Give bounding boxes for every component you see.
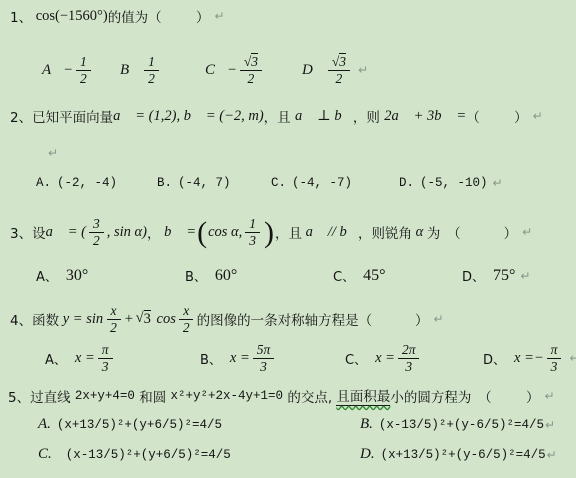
q2-option-c-label: C.	[271, 176, 286, 190]
q4-option-a: A、x =π3	[45, 336, 116, 380]
numerator: 1	[245, 216, 260, 233]
q4-option-c-fraction: 2π3	[398, 342, 420, 374]
denominator: 2	[179, 320, 194, 336]
q1-option-d-label: D	[302, 62, 313, 79]
underlined-text: 且面积最	[336, 385, 390, 406]
parallel-condition: a⃗ // b⃗	[302, 224, 358, 241]
numerator: π	[547, 342, 562, 359]
q3-option-c-label: C、	[333, 266, 355, 285]
question-1-stem: 1、 cos(−1560°)的值为（ ）↵	[10, 6, 225, 26]
question-1-formula: cos(−1560°)	[32, 8, 108, 25]
question-2-number: 2、	[10, 106, 32, 126]
q1-option-d-fraction: √3 2	[328, 53, 350, 86]
q4-option-d: D、x =−π3 ↵	[483, 336, 576, 380]
answer-blank: （ ）	[466, 106, 527, 126]
numerator: π	[98, 342, 113, 359]
q3-option-b-label: B、	[185, 266, 207, 285]
q2-option-b-value: (-4, 7)	[178, 176, 231, 190]
fraction-1-3: 13	[245, 216, 260, 248]
question-5-text: 的交点,	[283, 386, 336, 406]
question-5-text: 小的圆方程为	[390, 386, 471, 406]
numerator: x	[107, 303, 121, 320]
q1-option-b-fraction: 1 2	[144, 54, 159, 86]
plus-sign: +	[124, 311, 134, 328]
question-3-stem: 3、设a⃗ = (32, sin α)， b⃗ =(cos α,13)，且 a⃗…	[10, 208, 532, 256]
fraction-x-2: x2	[179, 303, 194, 335]
radical-sign: √	[136, 310, 144, 327]
numerator: 3	[89, 216, 104, 233]
q4-option-c: C、x =2π3	[345, 336, 422, 380]
q1-option-c-label: C	[205, 62, 215, 79]
q3-option-d-label: D、	[462, 266, 485, 285]
denominator: 3	[401, 359, 416, 375]
vector-a-open: a⃗ = (	[46, 224, 86, 241]
q5-option-b: B.(x-13/5)²+(y-6/5)²=4/5 ↵	[360, 416, 555, 433]
radicand: 3	[339, 53, 346, 70]
question-5-text: 过直线	[30, 386, 75, 406]
denominator: 3	[245, 233, 260, 249]
q4-option-d-label: D、	[483, 349, 506, 368]
denominator: 3	[256, 359, 271, 375]
paragraph-mark-icon: ↵	[520, 269, 530, 283]
cos-alpha: cos α,	[208, 224, 242, 241]
q5-option-b-label: B.	[360, 416, 373, 433]
numerator: 1	[144, 54, 159, 71]
q5-option-d: D.(x+13/5)²+(y-6/5)²=4/5 ↵	[360, 446, 557, 463]
line-equation: 2x+y+4=0	[75, 389, 135, 403]
question-2-stem: 2、已知平面向量a⃗ = (1,2), b⃗ = (−2, m)，且 a⃗ ⊥ …	[10, 106, 543, 126]
q3-option-a-value: 30°	[66, 267, 88, 285]
q1-option-b: B 1 2	[120, 48, 162, 92]
q5-option-d-label: D.	[360, 446, 375, 463]
fraction-3-2: 32	[89, 216, 104, 248]
denominator: 2	[89, 233, 104, 249]
numerator: 1	[76, 54, 91, 71]
q4-option-d-fraction: π3	[547, 342, 562, 374]
denominator: 2	[144, 71, 159, 87]
answer-blank: 为 （ ）	[427, 222, 517, 242]
paragraph-mark-icon: ↵	[545, 389, 555, 403]
q3-option-d-value: 75°	[493, 267, 515, 285]
q1-option-a-label: A	[42, 62, 51, 79]
left-parenthesis: (	[197, 219, 207, 246]
perpendicular-condition: a⃗ ⊥ b⃗	[295, 108, 353, 125]
paragraph-mark-icon: ↵	[533, 109, 543, 123]
numerator: 2π	[398, 342, 420, 359]
q1-option-a-fraction: 1 2	[76, 54, 91, 86]
vector-expression: 2a⃗ + 3b⃗ =	[384, 108, 466, 125]
q5-option-c: C.(x-13/5)²+(y+6/5)²=4/5	[38, 446, 231, 463]
denominator: 2	[332, 71, 347, 87]
paragraph-mark-icon: ↵	[48, 146, 58, 160]
cos-label: cos	[153, 311, 176, 328]
q3-option-d: D、75° ↵	[462, 266, 530, 285]
paragraph-mark-icon: ↵	[545, 418, 555, 432]
q5-option-b-value: (x-13/5)²+(y-6/5)²=4/5	[379, 418, 544, 432]
q3-option-c-value: 45°	[363, 267, 385, 285]
question-5-stem: 5、过直线 2x+y+4=0 和圆 x²+y²+2x-4y+1=0 的交点, 且…	[8, 385, 555, 406]
q1-option-c-fraction: √3 2	[240, 53, 262, 86]
denominator: 2	[76, 71, 91, 87]
q3-option-b: B、60°	[185, 266, 237, 285]
question-3-number: 3、	[10, 222, 32, 242]
answer-blank: （ ）	[471, 386, 539, 406]
q3-option-a-label: A、	[36, 266, 58, 285]
question-5-text: 和圆	[135, 386, 171, 406]
question-2-text: ，且	[264, 106, 295, 126]
q2-option-a-value: (-2, -4)	[57, 176, 117, 190]
q1-option-c: C − √3 2	[205, 48, 265, 92]
q2-option-c: C.(-4, -7)	[271, 176, 352, 190]
q2-option-d: D.(-5, -10) ↵	[399, 176, 503, 190]
x-equals: x =	[375, 350, 395, 367]
paragraph-mark-icon: ↵	[522, 225, 532, 239]
question-1-number: 1、	[10, 6, 32, 26]
denominator: 2	[244, 71, 259, 87]
paragraph-mark-icon: ↵	[493, 176, 503, 190]
question-5-number: 5、	[8, 386, 30, 406]
q2-option-d-value: (-5, -10)	[420, 176, 488, 190]
x-equals: x =	[514, 350, 534, 367]
q5-option-c-value: (x-13/5)²+(y+6/5)²=4/5	[66, 448, 231, 462]
denominator: 3	[98, 359, 113, 375]
circle-equation: x²+y²+2x-4y+1=0	[171, 389, 284, 403]
q5-option-a-label: A.	[38, 416, 51, 433]
q4-option-b: B、x =5π3	[200, 336, 277, 380]
numerator: 5π	[253, 342, 275, 359]
q1-option-a-sign: −	[63, 62, 73, 79]
paragraph-mark-icon: ↵	[434, 312, 444, 326]
q4-option-c-label: C、	[345, 349, 367, 368]
q4-option-b-fraction: 5π3	[253, 342, 275, 374]
q5-option-a: A.(x+13/5)²+(y+6/5)²=4/5	[38, 416, 222, 433]
question-4-number: 4、	[10, 309, 32, 329]
q5-option-d-value: (x+13/5)²+(y-6/5)²=4/5	[381, 448, 546, 462]
question-1-text: 的值为（ ）	[108, 6, 210, 26]
q3-option-a: A、30°	[36, 266, 88, 285]
x-equals: x =	[230, 350, 250, 367]
question-2-text: ，则	[353, 106, 384, 126]
q2-option-a-label: A.	[36, 176, 51, 190]
sqrt-3: √3	[136, 310, 151, 328]
numerator: √3	[328, 53, 350, 71]
q5-option-c-label: C.	[38, 446, 52, 463]
y-equals-sin: y = sin	[59, 311, 103, 328]
question-3-text: 设	[32, 222, 46, 242]
q1-option-d: D √3 2 ↵	[302, 48, 368, 92]
numerator: x	[179, 303, 193, 320]
paragraph-mark-icon: ↵	[547, 448, 557, 462]
empty-paragraph: ↵	[48, 146, 58, 160]
q4-option-a-label: A、	[45, 349, 67, 368]
paragraph-mark-icon: ↵	[358, 63, 368, 77]
vector-equation: a⃗ = (1,2), b⃗ = (−2, m)	[113, 108, 264, 125]
denominator: 3	[547, 359, 562, 375]
vector-b-equals: b⃗ =	[161, 224, 197, 241]
question-3-text: ，	[147, 222, 161, 242]
q2-option-a: A.(-2, -4)	[36, 176, 117, 190]
sin-alpha: , sin α)	[107, 224, 147, 241]
question-4-text: 函数	[32, 309, 59, 329]
q1-option-b-label: B	[120, 62, 129, 79]
math-worksheet-page: 1、 cos(−1560°)的值为（ ）↵ A − 1 2 B 1 2 C − …	[0, 0, 576, 478]
q1-option-a: A − 1 2	[42, 48, 94, 92]
answer-blank: 的图像的一条对称轴方程是（ ）	[197, 309, 429, 329]
radicand: 3	[251, 53, 258, 70]
numerator: √3	[240, 53, 262, 71]
denominator: 2	[106, 320, 121, 336]
q3-option-c: C、45°	[333, 266, 385, 285]
minus-sign: −	[534, 350, 544, 367]
question-3-text: ，则锐角	[358, 222, 412, 242]
paragraph-mark-icon: ↵	[215, 9, 225, 23]
paragraph-mark-icon: ↵	[569, 351, 576, 365]
q2-option-b: B.(-4, 7)	[157, 176, 231, 190]
q2-option-c-value: (-4, -7)	[292, 176, 352, 190]
q5-option-a-value: (x+13/5)²+(y+6/5)²=4/5	[57, 418, 222, 432]
q2-option-d-label: D.	[399, 176, 414, 190]
q3-option-b-value: 60°	[215, 267, 237, 285]
q2-option-b-label: B.	[157, 176, 172, 190]
question-3-text: ，且	[275, 222, 302, 242]
q4-option-a-fraction: π3	[98, 342, 113, 374]
x-equals: x =	[75, 350, 95, 367]
radicand: 3	[144, 310, 151, 328]
q4-option-b-label: B、	[200, 349, 222, 368]
right-parenthesis: )	[264, 219, 274, 246]
alpha-symbol: α	[412, 224, 427, 241]
question-2-text: 已知平面向量	[32, 106, 113, 126]
q1-option-c-sign: −	[227, 62, 237, 79]
fraction-x-2: x2	[106, 303, 121, 335]
